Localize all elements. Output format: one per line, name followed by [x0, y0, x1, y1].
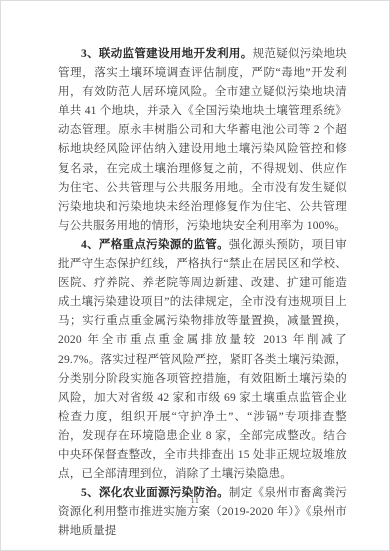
paragraph-heading: 4、严格重点污染源的监管。 — [81, 239, 229, 251]
paragraph: 4、严格重点污染源的监管。强化源头预防，项目审批严守生态保护红线，严格执行“禁止… — [58, 236, 347, 484]
paragraph: 5、深化农业面源污染防治。制定《泉州市畜禽粪污资源化利用整市推进实施方案（201… — [58, 484, 347, 541]
page-number: 11 — [1, 496, 389, 505]
paragraph-body: 强化源头预防，项目审批严守生态保护红线，严格执行“禁止在居民区和学校、医院、疗养… — [58, 239, 347, 480]
paragraph-body: 规范疑似污染地块管理，落实土壤环境调查评估制度，严防“毒地”开发利用，有效防范人… — [58, 48, 347, 232]
document-page: 3、联动监管建设用地开发利用。规范疑似污染地块管理，落实土壤环境调查评估制度，严… — [0, 0, 390, 551]
paragraph: 3、联动监管建设用地开发利用。规范疑似污染地块管理，落实土壤环境调查评估制度，严… — [58, 45, 347, 236]
document-body: 3、联动监管建设用地开发利用。规范疑似污染地块管理，落实土壤环境调查评估制度，严… — [58, 45, 347, 541]
paragraph-heading: 3、联动监管建设用地开发利用。 — [81, 48, 253, 60]
